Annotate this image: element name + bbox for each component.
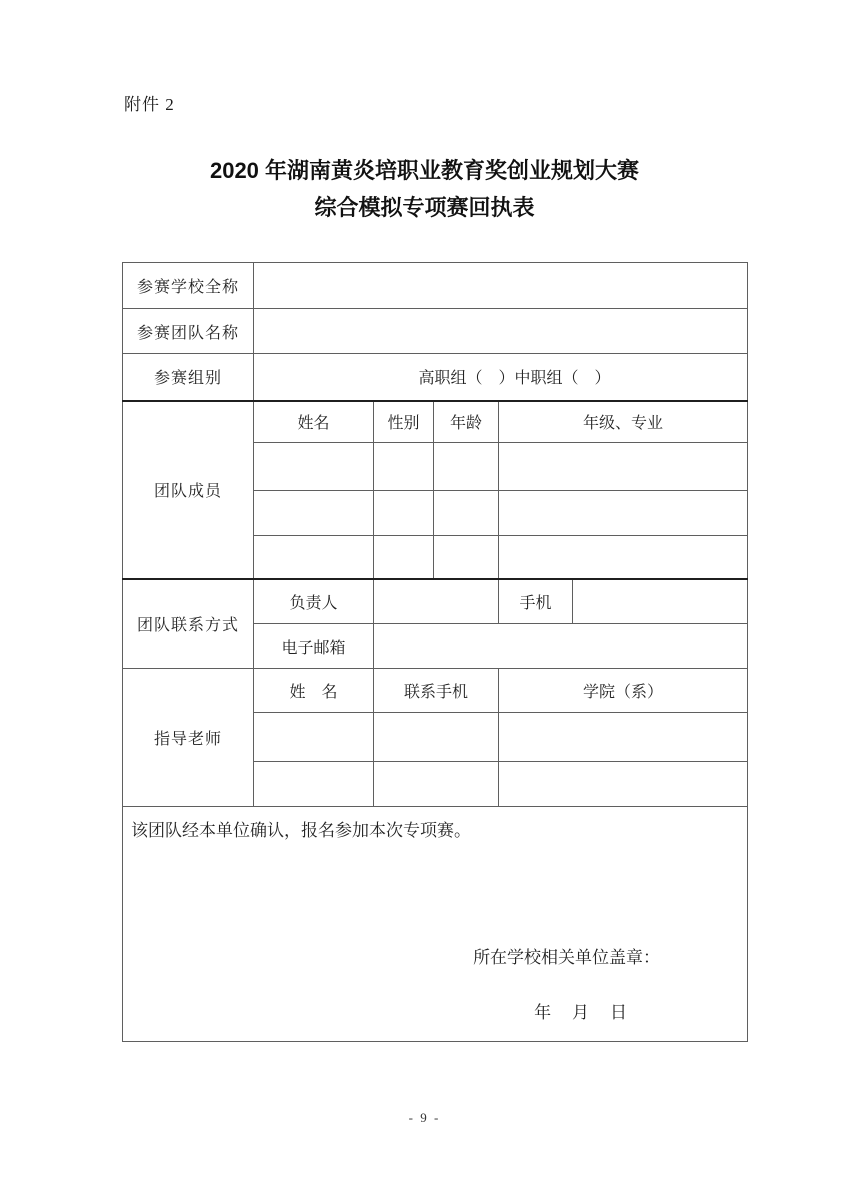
school-name-label: 参赛学校全称 bbox=[123, 263, 254, 309]
members-col-name: 姓名 bbox=[254, 401, 374, 443]
members-section-label: 团队成员 bbox=[123, 401, 254, 579]
member-grade-major-cell bbox=[499, 491, 748, 536]
contact-leader-row: 团队联系方式 负责人 手机 bbox=[123, 579, 748, 624]
members-col-grade-major: 年级、专业 bbox=[499, 401, 748, 443]
advisor-department-cell bbox=[499, 713, 748, 762]
contact-leader-label: 负责人 bbox=[254, 579, 374, 624]
advisors-col-phone: 联系手机 bbox=[374, 669, 499, 713]
team-name-value-cell bbox=[254, 309, 748, 354]
advisors-section-label: 指导老师 bbox=[123, 669, 254, 807]
attachment-label: 附件 2 bbox=[124, 90, 175, 115]
team-name-row: 参赛团队名称 bbox=[123, 309, 748, 354]
members-col-gender: 性别 bbox=[374, 401, 434, 443]
contact-leader-value-cell bbox=[374, 579, 499, 624]
school-name-row: 参赛学校全称 bbox=[123, 263, 748, 309]
title-line-1: 2020 年湖南黄炎培职业教育奖创业规划大赛 bbox=[0, 152, 849, 189]
member-gender-cell bbox=[374, 536, 434, 579]
contact-section-label: 团队联系方式 bbox=[123, 579, 254, 669]
member-gender-cell bbox=[374, 443, 434, 491]
advisor-name-cell bbox=[254, 762, 374, 807]
group-row: 参赛组别 高职组（ ）中职组（ ） bbox=[123, 354, 748, 401]
page-number: - 9 - bbox=[0, 1110, 849, 1126]
member-grade-major-cell bbox=[499, 443, 748, 491]
member-gender-cell bbox=[374, 491, 434, 536]
confirmation-statement: 该团队经本单位确认，报名参加本次专项赛。 bbox=[131, 816, 471, 841]
team-name-label: 参赛团队名称 bbox=[123, 309, 254, 354]
document-title: 2020 年湖南黄炎培职业教育奖创业规划大赛 综合模拟专项赛回执表 bbox=[0, 152, 849, 226]
title-line-2: 综合模拟专项赛回执表 bbox=[0, 189, 849, 226]
member-age-cell bbox=[434, 443, 499, 491]
group-label: 参赛组别 bbox=[123, 354, 254, 401]
member-age-cell bbox=[434, 536, 499, 579]
advisors-header-row: 指导老师 姓 名 联系手机 学院（系） bbox=[123, 669, 748, 713]
advisor-department-cell bbox=[499, 762, 748, 807]
stamp-line: 所在学校相关单位盖章： bbox=[473, 943, 660, 968]
members-col-age: 年龄 bbox=[434, 401, 499, 443]
member-name-cell bbox=[254, 443, 374, 491]
document-page: 附件 2 2020 年湖南黄炎培职业教育奖创业规划大赛 综合模拟专项赛回执表 参… bbox=[0, 0, 849, 1200]
group-value-cell: 高职组（ ）中职组（ ） bbox=[254, 354, 748, 401]
date-line: 年 月 日 bbox=[534, 998, 629, 1023]
advisor-name-cell bbox=[254, 713, 374, 762]
confirmation-content: 该团队经本单位确认，报名参加本次专项赛。 所在学校相关单位盖章： 年 月 日 bbox=[123, 807, 747, 1041]
contact-email-value-cell bbox=[374, 624, 748, 669]
contact-phone-label: 手机 bbox=[499, 579, 573, 624]
advisor-phone-cell bbox=[374, 762, 499, 807]
confirmation-row: 该团队经本单位确认，报名参加本次专项赛。 所在学校相关单位盖章： 年 月 日 bbox=[123, 807, 748, 1042]
advisor-phone-cell bbox=[374, 713, 499, 762]
confirmation-cell: 该团队经本单位确认，报名参加本次专项赛。 所在学校相关单位盖章： 年 月 日 bbox=[123, 807, 748, 1042]
contact-phone-value-cell bbox=[573, 579, 748, 624]
members-header-row: 团队成员 姓名 性别 年龄 年级、专业 bbox=[123, 401, 748, 443]
member-age-cell bbox=[434, 491, 499, 536]
member-name-cell bbox=[254, 536, 374, 579]
advisors-col-name: 姓 名 bbox=[254, 669, 374, 713]
member-name-cell bbox=[254, 491, 374, 536]
advisors-col-department: 学院（系） bbox=[499, 669, 748, 713]
registration-form-table: 参赛学校全称 参赛团队名称 参赛组别 高职组（ ）中职组（ ） 团队成员 姓名 … bbox=[122, 262, 748, 1042]
school-name-value-cell bbox=[254, 263, 748, 309]
member-grade-major-cell bbox=[499, 536, 748, 579]
contact-email-label: 电子邮箱 bbox=[254, 624, 374, 669]
